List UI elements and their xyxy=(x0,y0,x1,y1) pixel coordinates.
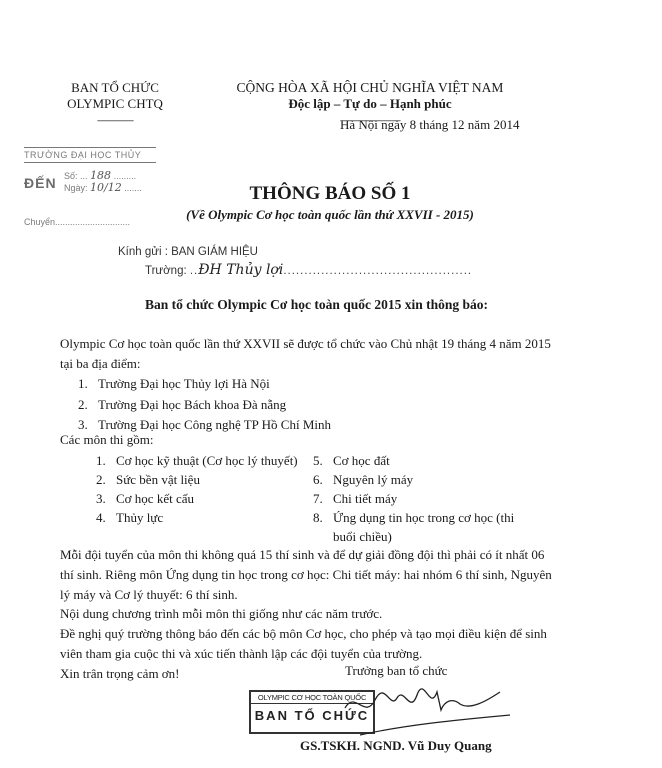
stamp-so-label: Số: xyxy=(64,171,78,181)
venue-item: 2.Trường Đại học Bách khoa Đà nẵng xyxy=(78,395,331,416)
nation-motto: Độc lập – Tự do – Hạnh phúc xyxy=(215,96,525,112)
school-value: ĐH Thủy lợi xyxy=(198,262,283,278)
subjects-label: Các môn thi gồm: xyxy=(60,432,154,448)
closing-line: viên tham gia cuộc thi và xúc tiến thành… xyxy=(60,644,547,664)
subject-item: 8.Ứng dụng tin học trong cơ học (thi xyxy=(313,508,514,527)
separator: ------------------ xyxy=(40,112,190,128)
intro-line: tại ba địa điểm: xyxy=(60,354,551,374)
page-title: THÔNG BÁO SỐ 1 xyxy=(150,183,510,205)
closing-line: Đề nghị quý trường thông báo đến các bộ … xyxy=(60,624,547,644)
stamp-ngay-label: Ngày: xyxy=(64,183,88,193)
stamp-chuyen-label: Chuyển xyxy=(24,217,55,227)
intro-paragraph: Olympic Cơ học toàn quốc lần thứ XXVII s… xyxy=(60,334,551,374)
org-line-2: OLYMPIC CHTQ xyxy=(40,96,190,112)
rules-line: lý máy và Cơ lý thuyết: 6 thí sinh. xyxy=(60,585,552,605)
place-date: Hà Nội ngày 8 tháng 12 năm 2014 xyxy=(340,117,519,133)
rules-paragraph: Mỗi đội tuyển của môn thi không quá 15 t… xyxy=(60,545,552,605)
subject-item: 4.Thủy lực xyxy=(96,508,298,527)
signer-name: GS.TSKH. NGND. Vũ Duy Quang xyxy=(300,738,492,754)
stamp-ngay: Ngày: 10/12 ....... xyxy=(64,181,142,194)
subject-list-left: 1.Cơ học kỹ thuật (Cơ học lý thuyết) 2.S… xyxy=(96,451,298,527)
announcement-heading: Ban tổ chức Olympic Cơ học toàn quốc 201… xyxy=(145,297,488,313)
rules-line: Mỗi đội tuyển của môn thi không quá 15 t… xyxy=(60,545,552,565)
venue-list: 1.Trường Đại học Thủy lợi Hà Nội 2.Trườn… xyxy=(78,374,331,436)
recipient-line: Kính gửi : BAN GIÁM HIỆU xyxy=(118,246,258,258)
stamp-ngay-value: 10/12 xyxy=(90,181,122,194)
subject-item-continuation: buổi chiều) xyxy=(313,527,514,546)
subject-list-right: 5.Cơ học đất 6.Nguyên lý máy 7.Chi tiết … xyxy=(313,451,514,546)
subject-item: 5.Cơ học đất xyxy=(313,451,514,470)
subject-item: 2.Sức bền vật liệu xyxy=(96,470,298,489)
subject-item: 3.Cơ học kết cấu xyxy=(96,489,298,508)
signature-title: Trưởng ban tổ chức xyxy=(345,663,447,679)
stamp-school: TRƯỜNG ĐẠI HỌC THỦY xyxy=(24,147,156,163)
venue-item: 1.Trường Đại học Thủy lợi Hà Nội xyxy=(78,374,331,395)
stamp-den: ĐẾN xyxy=(24,175,57,191)
closing-paragraph: Nội dung chương trình mỗi môn thi giống … xyxy=(60,604,547,684)
intro-line: Olympic Cơ học toàn quốc lần thứ XXVII s… xyxy=(60,334,551,354)
nation-line-1: CỘNG HÒA XÃ HỘI CHỦ NGHĨA VIỆT NAM xyxy=(215,80,525,96)
received-stamp: TRƯỜNG ĐẠI HỌC THỦY ĐẾN Số: ... 188 ....… xyxy=(22,147,157,237)
school-label: Trường: xyxy=(145,265,187,277)
handwritten-signature xyxy=(335,680,515,740)
subject-item: 1.Cơ học kỹ thuật (Cơ học lý thuyết) xyxy=(96,451,298,470)
closing-line: Nội dung chương trình mỗi môn thi giống … xyxy=(60,604,547,624)
page-subtitle: (Về Olympic Cơ học toàn quốc lần thứ XXV… xyxy=(150,207,510,223)
subject-item: 7.Chi tiết máy xyxy=(313,489,514,508)
org-line-1: BAN TỔ CHỨC xyxy=(40,80,190,96)
organization-header: BAN TỔ CHỨC OLYMPIC CHTQ ---------------… xyxy=(40,80,190,128)
recipient-school: Trường: ..ĐH Thủy lợi...................… xyxy=(145,262,472,278)
subject-item: 6.Nguyên lý máy xyxy=(313,470,514,489)
rules-line: thí sinh. Riêng môn Ứng dụng tin học tro… xyxy=(60,565,552,585)
stamp-chuyen: Chuyển.............................. xyxy=(24,217,130,227)
